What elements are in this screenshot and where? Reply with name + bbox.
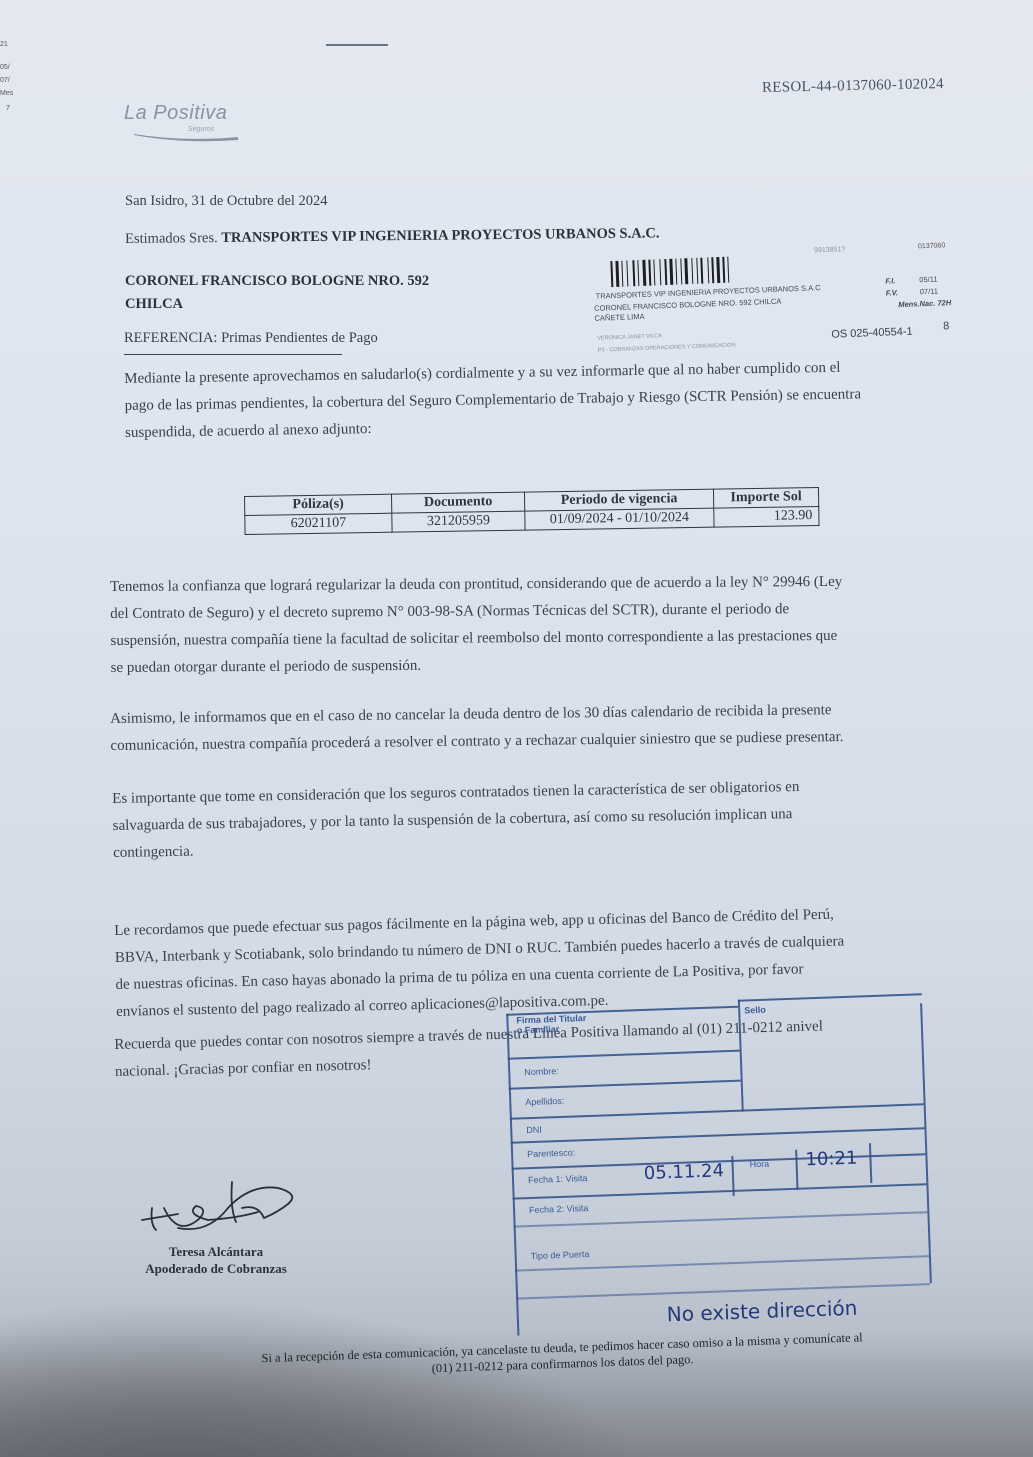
letter-page: 21 05/ 07/ Mes 7 La Positiva Seguros RES… (0, 0, 1033, 1457)
signer-name: Teresa Alcántara (126, 1243, 306, 1260)
visit-date-handwritten: 05.11.24 (643, 1160, 724, 1184)
reference-line: REFERENCIA: Primas Pendientes de Pago (124, 330, 378, 347)
address-line-1: CORONEL FRANCISCO BOLOGNE NRO. 592 (125, 273, 429, 290)
footer-note: Si a la recepción de esta comunicación, … (212, 1328, 913, 1384)
la-positiva-logo: La Positiva Seguros (124, 102, 227, 125)
visit-time-handwritten: 10:21 (805, 1148, 858, 1171)
delivery-visit-stamp: Firma del Titular o Familiar Sello Nombr… (500, 993, 951, 1338)
reference-underline (124, 354, 342, 355)
top-mark (326, 44, 388, 46)
place-date: San Isidro, 31 de Octubre del 2024 (125, 193, 328, 210)
barcode-icon (610, 254, 799, 287)
annex-table: Póliza(s) Documento Periodo de vigencia … (244, 487, 820, 535)
signature-icon (138, 1178, 308, 1248)
company-name: TRANSPORTES VIP INGENIERIA PROYECTOS URB… (221, 225, 659, 246)
address-line-2: CHILCA (125, 296, 183, 313)
mail-tracking-label: 9913851? 0137060 TRANSPORTES VIP INGENIE… (588, 237, 970, 361)
signer-block: Teresa Alcántara Apoderado de Cobranzas (126, 1243, 306, 1277)
resolution-code: RESOL-44-0137060-102024 (762, 76, 944, 97)
paragraph-obligatory: Es importante que tome en consideración … (112, 774, 801, 867)
adjacent-page-edge: 21 05/ 07/ Mes 7 (0, 40, 14, 117)
logo-swoosh-icon (132, 132, 240, 142)
signer-title: Apoderado de Cobranzas (126, 1260, 306, 1277)
greeting: Estimados Sres. TRANSPORTES VIP INGENIER… (125, 225, 660, 248)
handwritten-note: No existe dirección (666, 1296, 857, 1327)
intro-paragraph: Mediante la presente aprovechamos en sal… (124, 354, 862, 447)
paragraph-termination: Asimismo, le informamos que en el caso d… (110, 697, 844, 760)
paragraph-suspension: Tenemos la confianza que logrará regular… (110, 569, 843, 682)
os-number: OS 025-40554-1 (831, 326, 913, 341)
